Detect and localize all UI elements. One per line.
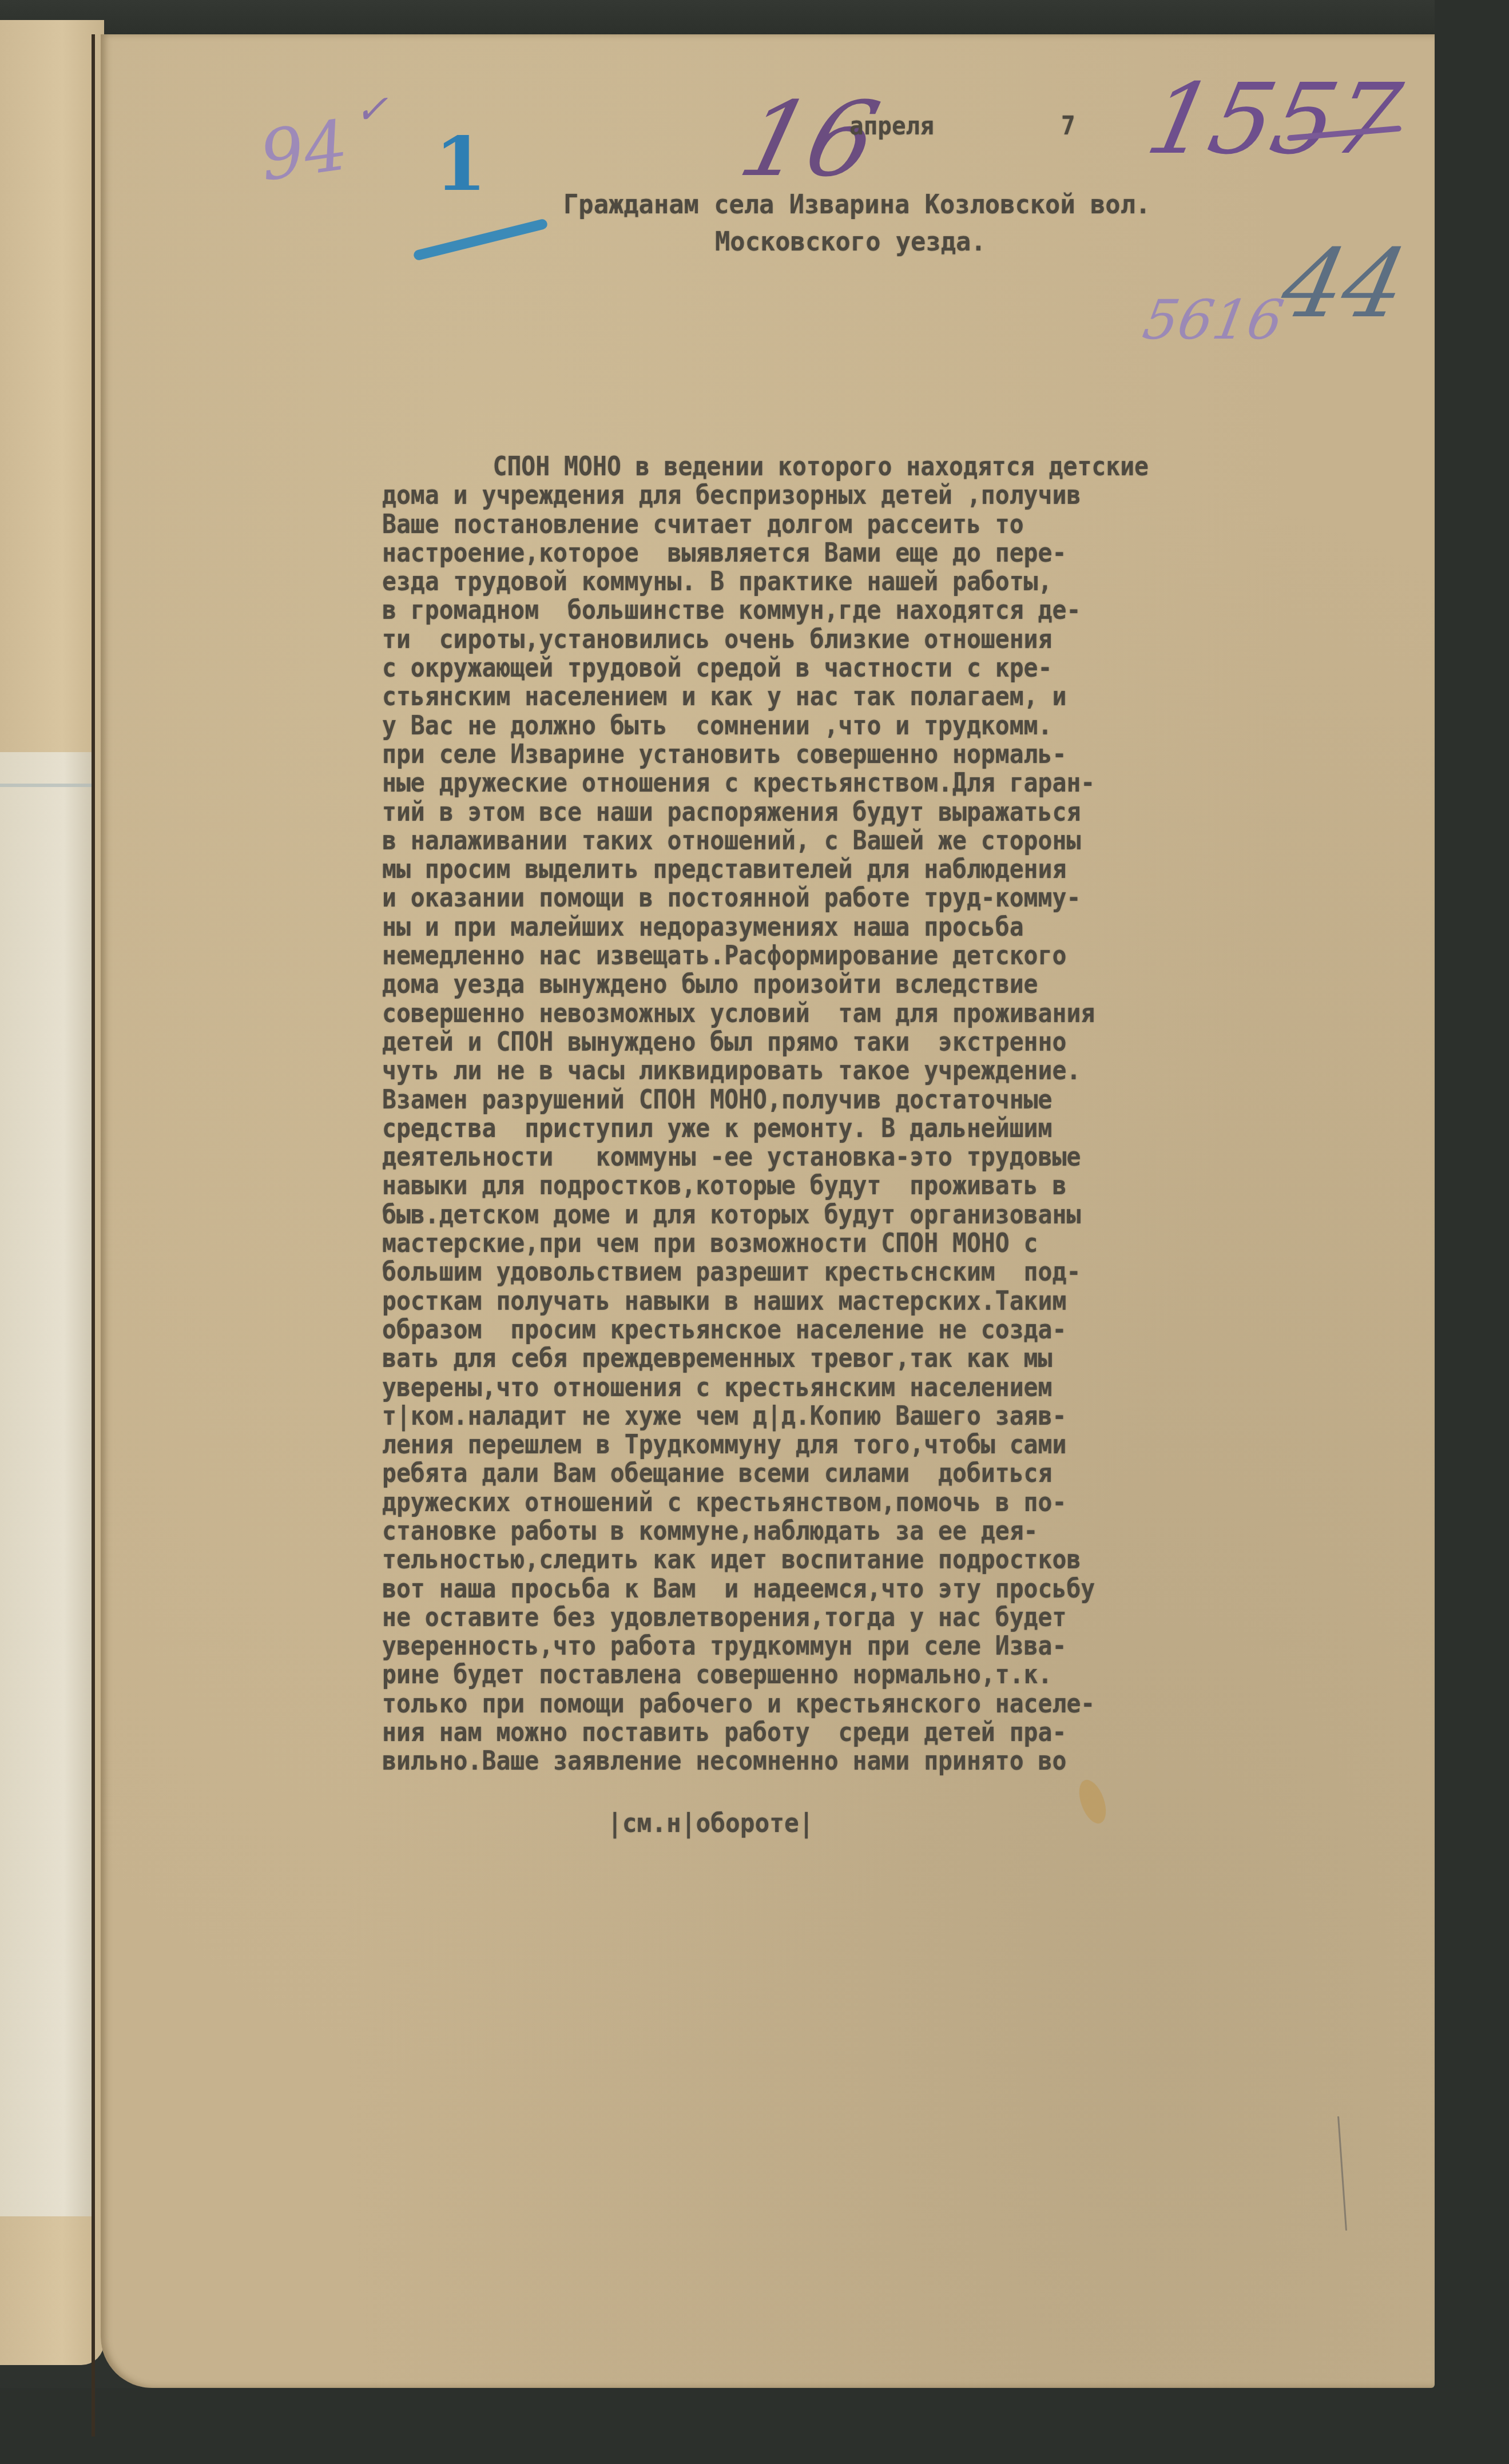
body-line: ти сироты,установились очень близкие отн… bbox=[382, 625, 1319, 653]
body-line: росткам получать навыки в наших мастерск… bbox=[382, 1286, 1319, 1315]
handwritten-sheet-number: 44 bbox=[1273, 229, 1416, 339]
body-line: вать для себя преждевременных тревог,так… bbox=[382, 1344, 1319, 1372]
body-line: и оказании помощи в постоянной работе тр… bbox=[382, 883, 1319, 912]
body-line: ребята дали Вам обещание всеми силами до… bbox=[382, 1458, 1319, 1487]
letter-body: СПОН МОНО в ведении которого находятся д… bbox=[382, 452, 1423, 1775]
body-line: уверены,что отношения с крестьянским нас… bbox=[382, 1373, 1319, 1401]
handwritten-number-one: 1 bbox=[435, 120, 486, 208]
body-line: в налаживании таких отношений, с Вашей ж… bbox=[382, 826, 1319, 855]
see-reverse-note: |см.н|обороте| bbox=[607, 1807, 814, 1838]
body-line: становке работы в коммуне,наблюдать за е… bbox=[382, 1516, 1319, 1545]
body-line: с окружающей трудовой средой в частности… bbox=[382, 653, 1319, 682]
body-line: мастерские,при чем при возможности СПОН … bbox=[382, 1229, 1319, 1257]
body-line: дружеских отношений с крестьянством,помо… bbox=[382, 1488, 1319, 1516]
date-year-digit: 7 bbox=[1061, 112, 1075, 141]
body-line: уверенность,что работа трудкоммун при се… bbox=[382, 1631, 1319, 1660]
date-month: апреля bbox=[849, 112, 934, 141]
underlying-sheet-band bbox=[0, 784, 92, 787]
addressee-line-1: Гражданам села Изварина Козловской вол. bbox=[563, 189, 1150, 220]
body-line: Взамен разрушений СПОН МОНО,получив дост… bbox=[382, 1085, 1319, 1114]
body-line: в громадном большинстве коммун,где наход… bbox=[382, 595, 1319, 624]
body-line: дома и учреждения для беспризорных детей… bbox=[382, 480, 1319, 509]
body-line: образом просим крестьянское население не… bbox=[382, 1315, 1319, 1344]
body-line: ления перешлем в Трудкоммуну для того,чт… bbox=[382, 1430, 1319, 1458]
scan-backdrop-bottom bbox=[0, 2388, 1509, 2464]
addressee-line-2: Московского уезда. bbox=[715, 226, 986, 257]
body-line: деятельности коммуны -ее установка-это т… bbox=[382, 1142, 1319, 1171]
body-line: т|ком.наладит не хуже чем д|д.Копию Ваше… bbox=[382, 1401, 1319, 1430]
body-line: мы просим выделить представителей для на… bbox=[382, 855, 1319, 883]
body-line: совершенно невозможных условий там для п… bbox=[382, 999, 1319, 1027]
body-line: не оставите без удовлетворения,тогда у н… bbox=[382, 1603, 1319, 1631]
body-line: ны и при малейших недоразумениях наша пр… bbox=[382, 912, 1319, 941]
handwritten-checkmark-icon: ✓ bbox=[355, 86, 388, 133]
body-line: средства приступил уже к ремонту. В даль… bbox=[382, 1114, 1319, 1142]
body-line: Ваше постановление считает долгом рассеи… bbox=[382, 510, 1319, 538]
body-line: настроение,которое выявляется Вами еще д… bbox=[382, 538, 1319, 567]
underlying-sheet bbox=[0, 752, 92, 2216]
body-line: у Вас не должно быть сомнении ,что и тру… bbox=[382, 711, 1319, 740]
body-line: быв.детском доме и для которых будут орг… bbox=[382, 1200, 1319, 1229]
body-line: стьянским населением и как у нас так пол… bbox=[382, 682, 1319, 710]
body-line: большим удовольствием разрешит крестьснс… bbox=[382, 1257, 1319, 1286]
body-line: дома уезда вынуждено было произойти всле… bbox=[382, 969, 1319, 998]
body-line: вот наша просьба к Вам и надеемся,что эт… bbox=[382, 1574, 1319, 1603]
body-line: ния нам можно поставить работу среди дет… bbox=[382, 1718, 1319, 1746]
body-line: при селе Изварине установить совершенно … bbox=[382, 740, 1319, 768]
body-line: немедленно нас извещать.Расформирование … bbox=[382, 941, 1319, 969]
body-line: только при помощи рабочего и крестьянско… bbox=[382, 1689, 1319, 1718]
body-line: тий в этом все наши распоряжения будут в… bbox=[382, 797, 1319, 826]
handwritten-folio-left: 94 bbox=[255, 106, 353, 197]
body-line: вильно.Ваше заявление несомненно нами пр… bbox=[382, 1746, 1319, 1775]
body-line: рине будет поставлена совершенно нормаль… bbox=[382, 1660, 1319, 1688]
handwritten-registry-number: 1557 bbox=[1138, 63, 1409, 176]
body-line: тельностью,следить как идет воспитание п… bbox=[382, 1545, 1319, 1573]
handwritten-archive-number: 5616 bbox=[1138, 289, 1288, 352]
scan-backdrop-right bbox=[1435, 0, 1509, 2464]
binding-gutter bbox=[92, 34, 95, 2437]
body-line: чуть ли не в часы ликвидировать такое уч… bbox=[382, 1056, 1319, 1084]
body-line: СПОН МОНО в ведении которого находятся д… bbox=[382, 452, 1319, 480]
body-line: езда трудовой коммуны. В практике нашей … bbox=[382, 567, 1319, 595]
body-line: детей и СПОН вынуждено был прямо таки эк… bbox=[382, 1027, 1319, 1056]
body-line: ные дружеские отношения с крестьянством.… bbox=[382, 768, 1319, 797]
body-line: навыки для подростков,которые будут прож… bbox=[382, 1171, 1319, 1199]
